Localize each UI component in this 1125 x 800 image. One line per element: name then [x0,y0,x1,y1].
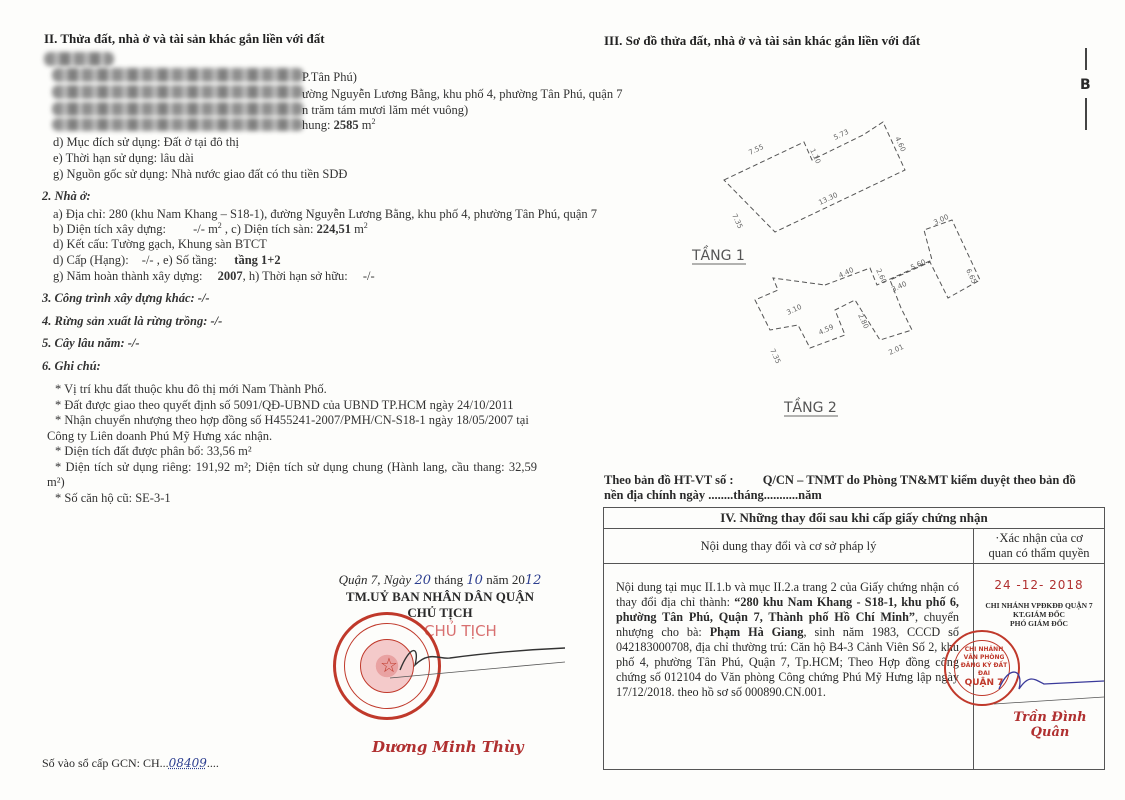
svg-text:7.55: 7.55 [747,143,765,157]
svg-text:3.00: 3.00 [932,213,950,227]
signature-scribble [390,640,570,680]
redacted-text [52,102,304,116]
note-item: * Diện tích sử dụng riêng: 191,92 m²; Di… [47,460,537,491]
floor-plan-diagram: 7.55 1.10 5.73 4.60 7.35 13.30 4.40 2.60… [680,110,1080,430]
redacted-text [52,85,304,99]
floor1-label: TẦNG 1 [691,245,745,264]
confirm-signature-scribble [994,659,1104,709]
floor-area-value: 224,51 [317,222,351,236]
partial-line: P.Tân Phú) [302,70,357,85]
section-3-title: III. Sơ đồ thửa đất, nhà ở và tài sản kh… [604,33,920,49]
month-handwritten: 10 [466,573,483,588]
note-item: * Diện tích đất được phân bổ: 33,56 m² [55,444,537,460]
svg-text:2.01: 2.01 [887,343,905,357]
partial-line: n trăm tám mươi lăm mét vuông) [302,103,468,118]
table-row: Nội dung tại mục II.1.b và mục II.2.a tr… [604,564,1104,769]
signature-block: Quận 7, Ngày 20 tháng 10 năm 2012 TM.UỶ … [320,572,560,621]
changes-table: IV. Những thay đổi sau khi cấp giấy chứn… [603,507,1105,770]
svg-text:5.73: 5.73 [832,128,850,142]
confirm-date-stamp: 24 -12- 2018 [974,578,1104,593]
perennial: 5. Cây lâu năm: -/- [42,336,140,351]
year-value: 2007 [218,269,243,283]
other-construction: 3. Công trình xây dựng khác: -/- [42,291,210,306]
build-area-value: -/- m [193,222,218,236]
svg-text:3.10: 3.10 [785,303,803,317]
confirm-signer: Trần Đình Quân [996,710,1104,740]
redacted-owner-label [44,52,114,66]
confirm-office: CHI NHÁNH VPĐKĐĐ QUẬN 7 [974,601,1104,610]
house-area-row: b) Diện tích xây dựng: -/- m2 , c) Diện … [53,222,368,237]
house-heading: 2. Nhà ở: [42,189,91,204]
map-reference: Theo bản đồ HT-VT số : Q/CN – TNMT do Ph… [604,473,1076,488]
svg-text:4.59: 4.59 [817,323,835,337]
table-header-row: Nội dung thay đổi và cơ sở pháp lý ·Xác … [604,529,1104,564]
section-4-title: IV. Những thay đổi sau khi cấp giấy chứn… [604,508,1104,529]
note-item: * Đất được giao theo quyết định số 5091/… [55,398,537,414]
confirmation-cell: 24 -12- 2018 CHI NHÁNH VPĐKĐĐ QUẬN 7 KT.… [974,564,1104,769]
place-date: Quận 7, Ngày 20 tháng 10 năm 2012 [320,572,560,588]
svg-text:3.40: 3.40 [890,280,908,294]
note-item: * Số căn hộ cũ: SE-3-1 [55,491,537,507]
svg-text:7.35: 7.35 [730,212,744,230]
house-structure: d) Kết cấu: Tường gạch, Khung sàn BTCT [53,237,267,252]
partial-line: ường Nguyễn Lương Bằng, khu phố 4, phườn… [302,87,622,102]
common-area-value: 2585 [334,118,359,132]
confirm-deputy: PHÓ GIÁM ĐỐC [974,619,1104,628]
buyer-name: Phạm Hà Giang [710,625,804,639]
day-handwritten: 20 [414,573,431,588]
north-label: B [1080,77,1091,93]
section-2-title: II. Thửa đất, nhà ở và tài sản khác gắn … [44,31,325,47]
forest: 4. Rừng sản xuất là rừng trồng: -/- [42,314,222,329]
svg-text:5.60: 5.60 [909,258,927,272]
common-area-label: hung: [302,118,334,132]
notes-heading: 6. Ghi chú: [42,359,101,374]
col-content-header: Nội dung thay đổi và cơ sở pháp lý [604,529,974,563]
org-name: TM.UỶ BAN NHÂN DÂN QUẬN [320,589,560,605]
redacted-text [52,68,304,82]
svg-text:7.35: 7.35 [768,347,782,365]
house-year-row: g) Năm hoàn thành xây dựng: 2007, h) Thờ… [53,269,375,284]
svg-text:2.80: 2.80 [856,312,870,330]
house-grade-row: d) Cấp (Hạng): -/- , e) Số tầng: tầng 1+… [53,253,281,268]
land-purpose: d) Mục đích sử dụng: Đất ở tại đô thị [53,135,239,150]
note-item: * Vị trí khu đất thuộc khu đô thị mới Na… [55,382,537,398]
change-content: Nội dung tại mục II.1.b và mục II.2.a tr… [604,564,974,769]
registry-number: Số vào sổ cấp GCN: CH...08409.... [42,756,219,771]
svg-text:4.60: 4.60 [893,135,907,153]
note-item: * Nhận chuyển nhượng theo hợp đồng số H4… [47,413,537,444]
svg-text:4.40: 4.40 [837,266,855,280]
role: CHỦ TỊCH [320,605,560,621]
svg-text:13.30: 13.30 [817,191,839,207]
stamp-role-text: CHỦ TỊCH [424,622,497,640]
house-address: a) Địa chỉ: 280 (khu Nam Khang – S18-1),… [53,207,597,222]
svg-text:2.60: 2.60 [874,267,888,285]
map-reference-date: nền địa chính ngày ........tháng........… [604,488,822,503]
signer-name: Dương Minh Thùy [372,738,524,756]
floors-value: tầng 1+2 [234,253,280,267]
svg-text:6.65: 6.65 [964,267,978,285]
floor2-label: TẦNG 2 [783,397,837,416]
common-area: hung: 2585 m2 [302,118,375,133]
land-origin: g) Nguồn gốc sử dụng: Nhà nước giao đất … [53,167,347,182]
notes-list: * Vị trí khu đất thuộc khu đô thị mới Na… [55,382,537,506]
north-arrow-line [1085,48,1087,70]
confirm-kt: KT.GIÁM ĐỐC [974,610,1104,619]
redacted-text [52,118,304,131]
land-term: e) Thời hạn sử dụng: lâu dài [53,151,194,166]
registry-handwritten: 08409 [169,756,207,770]
north-arrow-line [1085,98,1087,130]
col-confirm-header: ·Xác nhận của cơ quan có thẩm quyền [974,529,1104,563]
